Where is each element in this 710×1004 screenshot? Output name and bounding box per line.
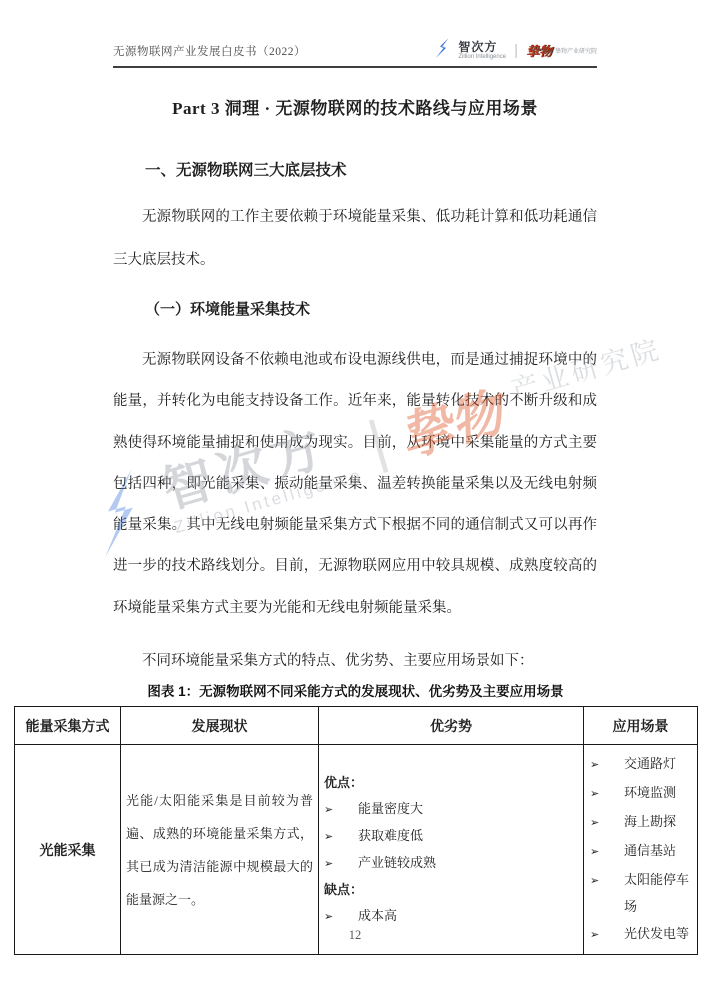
bullet-arrow-icon: ➢ bbox=[324, 851, 358, 877]
list-item: ➢ 通信基站 bbox=[590, 837, 695, 866]
list-item-text: 能量密度大 bbox=[358, 796, 423, 822]
bullet-arrow-icon: ➢ bbox=[590, 810, 624, 837]
list-item-text: 交通路灯 bbox=[624, 750, 676, 777]
bullet-arrow-icon: ➢ bbox=[590, 781, 624, 808]
zhiwu-logo: 挚物 挚物产业研究院 bbox=[526, 41, 597, 60]
zhiwu-subtitle: 挚物产业研究院 bbox=[555, 46, 597, 55]
logo-divider: | bbox=[514, 42, 518, 59]
part-title: Part 3 洞理 · 无源物联网的技术路线与应用场景 bbox=[113, 94, 597, 119]
header-logos: 智次方 Zillion Intelligence | 挚物 挚物产业研究院 bbox=[435, 38, 597, 63]
cell-method: 光能采集 bbox=[15, 745, 121, 955]
section-heading: 一、无源物联网三大底层技术 bbox=[145, 158, 347, 180]
paragraph: 无源物联网设备不依赖电池或布设电源线供电，而是通过捕捉环境中的能量，并转化为电能… bbox=[113, 340, 597, 629]
list-item-text: 产业链较成熟 bbox=[358, 850, 436, 876]
cell-scenarios: ➢ 交通路灯 ➢ 环境监测 ➢ 海上勘探 ➢ 通信基站 ➢ 太阳能停车场 ➢ 光… bbox=[584, 745, 698, 955]
zhicifang-subtitle: Zillion Intelligence bbox=[458, 54, 506, 60]
bullet-arrow-icon: ➢ bbox=[324, 797, 358, 823]
table-row: 光能采集 光能/太阳能采集是目前较为普遍、成熟的环境能量采集方式，其已成为清洁能… bbox=[15, 745, 698, 955]
list-item: ➢ 能量密度大 bbox=[324, 796, 579, 823]
list-item-text: 环境监测 bbox=[624, 779, 676, 806]
col-header-method: 能量采集方式 bbox=[15, 707, 121, 745]
col-header-pros-cons: 优劣势 bbox=[319, 707, 584, 745]
cell-status: 光能/太阳能采集是目前较为普遍、成熟的环境能量采集方式，其已成为清洁能源中规模最… bbox=[121, 745, 319, 955]
document-title: 无源物联网产业发展白皮书（2022） bbox=[113, 43, 306, 59]
list-item: ➢ 环境监测 bbox=[590, 779, 695, 808]
energy-harvesting-table: 能量采集方式 发展现状 优劣势 应用场景 光能采集 光能/太阳能采集是目前较为普… bbox=[14, 706, 698, 955]
page-header: 无源物联网产业发展白皮书（2022） 智次方 Zillion Intellige… bbox=[113, 38, 597, 63]
zhiwu-name: 挚物 bbox=[526, 41, 552, 60]
list-item: ➢ 获取难度低 bbox=[324, 823, 579, 850]
page-number: 12 bbox=[0, 928, 710, 943]
bullet-arrow-icon: ➢ bbox=[324, 904, 358, 930]
bullet-arrow-icon: ➢ bbox=[590, 868, 624, 895]
list-item-text: 获取难度低 bbox=[358, 823, 423, 849]
bullet-arrow-icon: ➢ bbox=[590, 752, 624, 779]
header-rule bbox=[113, 66, 597, 68]
paragraph: 不同环境能量采集方式的特点、优劣势、主要应用场景如下： bbox=[113, 646, 597, 676]
cons-label: 缺点： bbox=[324, 877, 579, 903]
list-item: ➢ 成本高 bbox=[324, 903, 579, 930]
paragraph: 无源物联网的工作主要依赖于环境能量采集、低功耗计算和低功耗通信三大底层技术。 bbox=[113, 196, 597, 282]
bullet-arrow-icon: ➢ bbox=[324, 824, 358, 850]
table-header-row: 能量采集方式 发展现状 优劣势 应用场景 bbox=[15, 707, 698, 745]
cell-pros-cons: 优点： ➢ 能量密度大 ➢ 获取难度低 ➢ 产业链较成熟 缺点： ➢ 成本高 bbox=[319, 745, 584, 955]
col-header-scenarios: 应用场景 bbox=[584, 707, 698, 745]
list-item-text: 太阳能停车场 bbox=[624, 866, 695, 920]
list-item: ➢ 产业链较成熟 bbox=[324, 850, 579, 877]
list-item: ➢ 海上勘探 bbox=[590, 808, 695, 837]
list-item: ➢ 太阳能停车场 bbox=[590, 866, 695, 920]
list-item-text: 通信基站 bbox=[624, 837, 676, 864]
document-page: { "header": { "title": "无源物联网产业发展白皮书（202… bbox=[0, 0, 710, 1004]
pros-label: 优点： bbox=[324, 770, 579, 796]
col-header-status: 发展现状 bbox=[121, 707, 319, 745]
table-caption: 图表 1：无源物联网不同采能方式的发展现状、优劣势及主要应用场景 bbox=[14, 680, 697, 700]
status-text: 光能/太阳能采集是目前较为普遍、成熟的环境能量采集方式，其已成为清洁能源中规模最… bbox=[126, 784, 313, 916]
list-item: ➢ 交通路灯 bbox=[590, 750, 695, 779]
zhicifang-logo: 智次方 Zillion Intelligence bbox=[458, 41, 506, 60]
zhicifang-name: 智次方 bbox=[458, 41, 506, 53]
bullet-arrow-icon: ➢ bbox=[590, 839, 624, 866]
subsection-heading: （一）环境能量采集技术 bbox=[145, 298, 310, 319]
list-item-text: 海上勘探 bbox=[624, 808, 676, 835]
zhicifang-z-icon bbox=[435, 38, 451, 63]
list-item-text: 成本高 bbox=[358, 903, 397, 929]
